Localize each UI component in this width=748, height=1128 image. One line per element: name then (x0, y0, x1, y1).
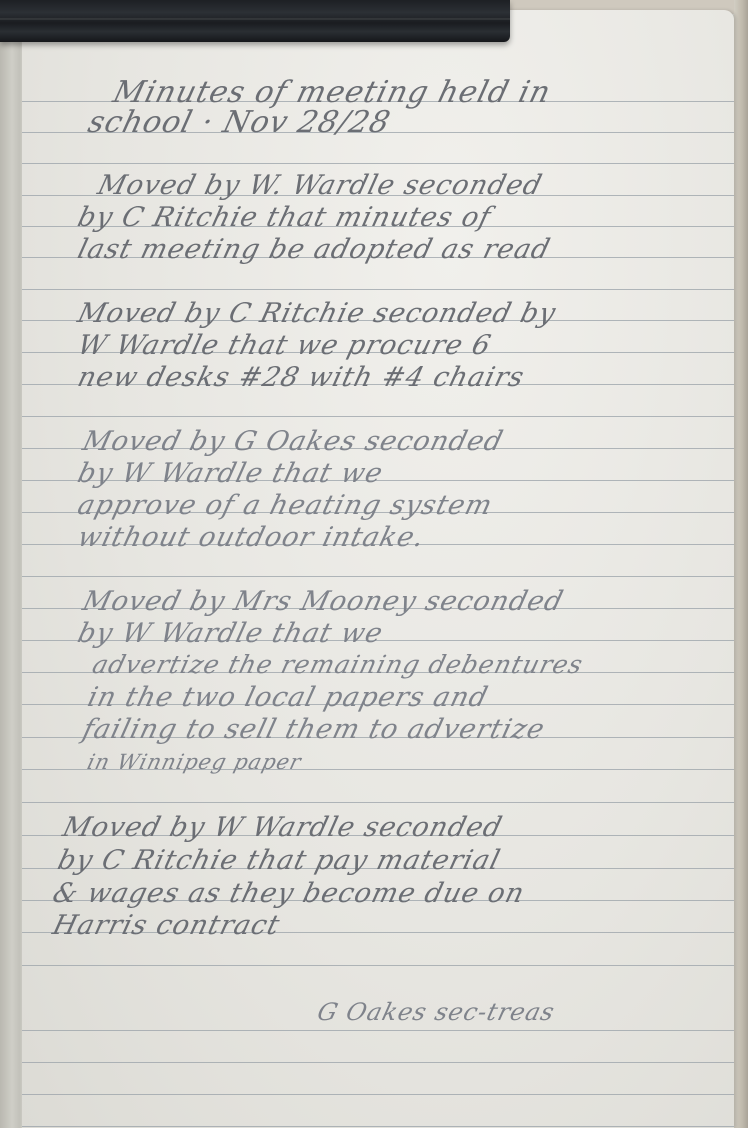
motion-line: by C Ritchie that minutes of (75, 204, 494, 231)
motion-line: new desks #28 with #4 chairs (75, 364, 527, 391)
heading-line-1: Minutes of meeting held in (110, 78, 554, 108)
motion-line: approve of a heating system (75, 492, 495, 519)
motion-line: failing to sell them to advertize (80, 716, 548, 743)
binder-clip (0, 0, 510, 42)
motion-line: by C Ritchie that pay material (55, 847, 503, 874)
motion-line: by W Wardle that we (75, 620, 386, 647)
motion-line: in Winnipeg paper (85, 752, 304, 773)
page-stack-edge (734, 0, 748, 1128)
secretary-signature: G Oakes sec-treas (315, 1000, 557, 1024)
motion-line: advertize the remaining debentures (90, 652, 586, 677)
motion-line: W Wardle that we procure 6 (75, 332, 494, 359)
motion-line: in the two local papers and (85, 684, 491, 711)
photo-scene: Minutes of meeting held in school · Nov … (0, 0, 748, 1128)
motion-line: without outdoor intake. (75, 524, 427, 551)
motion-line: Moved by W. Wardle seconded (95, 172, 545, 199)
motion-line: Moved by Mrs Mooney seconded (80, 588, 566, 615)
motion-line: & wages as they become due on (50, 880, 528, 907)
heading-line-2: school · Nov 28/28 (85, 108, 394, 138)
motion-line: last meeting be adopted as read (75, 236, 553, 263)
motion-line: by W Wardle that we (75, 460, 386, 487)
motion-line: Harris contract (50, 912, 283, 939)
motion-line: Moved by C Ritchie seconded by (75, 300, 559, 327)
motion-line: Moved by G Oakes seconded (80, 428, 506, 455)
motion-line: Moved by W Wardle seconded (60, 814, 505, 841)
